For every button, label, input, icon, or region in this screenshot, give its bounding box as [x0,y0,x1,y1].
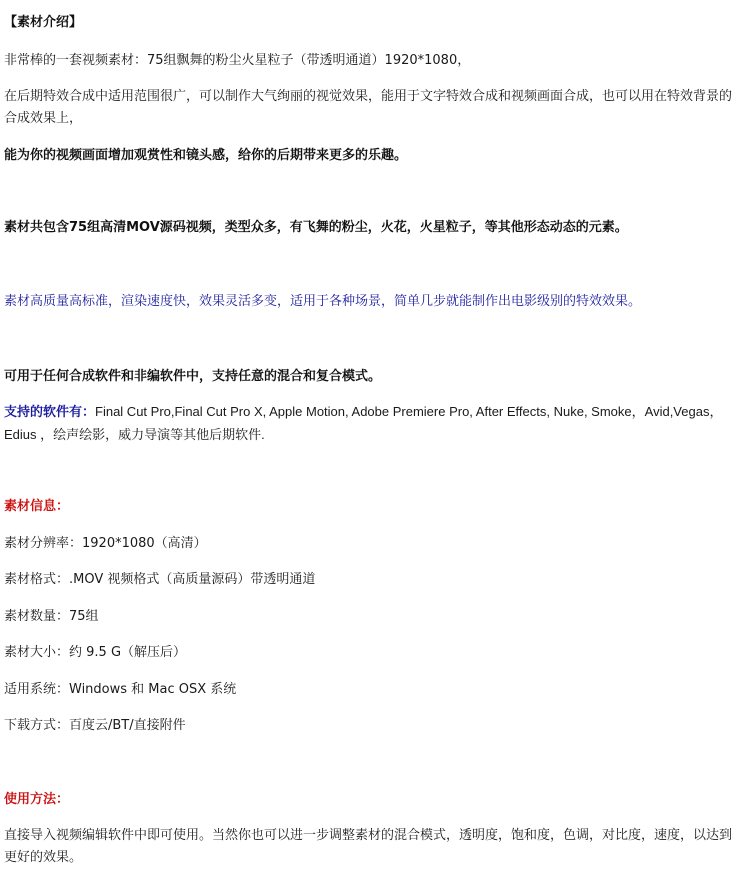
info-item-format: 素材格式：.MOV 视频格式（高质量源码）带透明通道 [4,569,744,591]
supported-software-list: Final Cut Pro,Final Cut Pro X, Apple Mot… [4,404,722,442]
usage-text: 直接导入视频编辑软件中即可使用。当然你也可以进一步调整素材的混合模式，透明度，饱… [4,825,744,869]
intro-line-3: 能为你的视频画面增加观赏性和镜头感，给你的后期带来更多的乐趣。 [4,145,744,167]
info-item-resolution: 素材分辨率：1920*1080（高清） [4,533,744,555]
intro-line-4: 素材共包含75组高清MOV源码视频，类型众多，有飞舞的粉尘，火花，火星粒子，等其… [4,217,744,239]
intro-line-6: 可用于任何合成软件和非编软件中，支持任意的混合和复合模式。 [4,366,744,388]
info-item-download: 下载方式：百度云/BT/直接附件 [4,715,744,737]
info-item-size: 素材大小：约 9.5 G（解压后） [4,642,744,664]
supported-software: 支持的软件有：Final Cut Pro,Final Cut Pro X, Ap… [4,401,744,447]
info-item-system: 适用系统：Windows 和 Mac OSX 系统 [4,679,744,701]
usage-heading: 使用方法： [4,789,744,811]
intro-heading: 【素材介绍】 [4,12,744,34]
intro-line-5: 素材高质量高标准，渲染速度快，效果灵活多变，适用于各种场景，简单几步就能制作出电… [4,291,744,313]
supported-software-label: 支持的软件有： [4,405,95,420]
info-heading: 素材信息： [4,496,744,518]
intro-line-1: 非常棒的一套视频素材：75组飘舞的粉尘火星粒子（带透明通道）1920*1080， [4,50,744,72]
intro-line-2: 在后期特效合成中适用范围很广，可以制作大气绚丽的视觉效果，能用于文字特效合成和视… [4,86,744,130]
info-item-count: 素材数量：75组 [4,606,744,628]
